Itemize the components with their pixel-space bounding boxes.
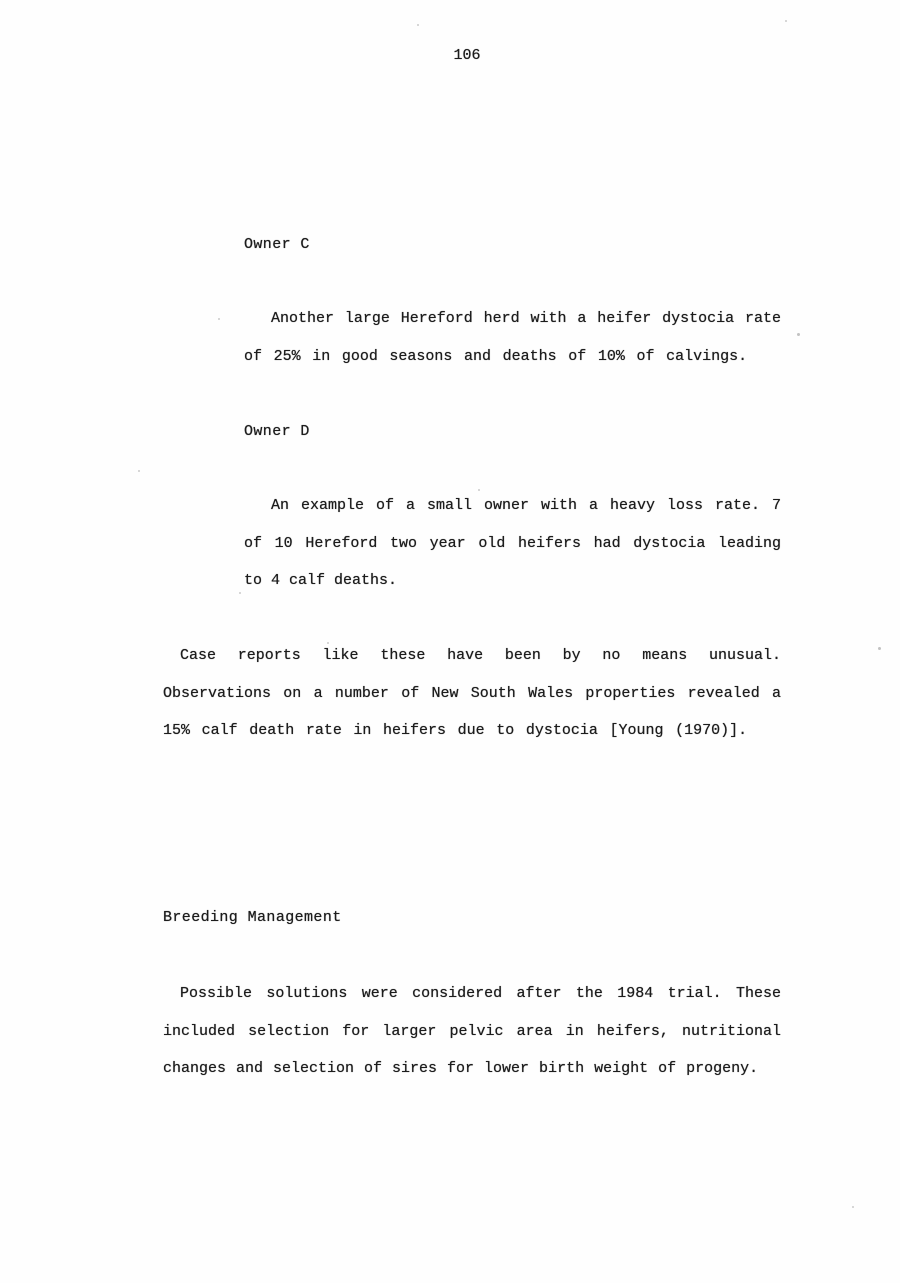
paragraph-line: of 10 Hereford two year old heifers had … <box>244 525 781 563</box>
paragraph-line: Another large Hereford herd with a heife… <box>244 300 781 338</box>
scan-speck <box>785 20 787 22</box>
scan-speck <box>878 647 881 650</box>
paragraph-line: 15% calf death rate in heifers due to dy… <box>163 712 781 750</box>
scanned-document-page: 106 Owner C Another large Hereford herd … <box>0 0 900 1283</box>
paragraph-line: included selection for larger pelvic are… <box>163 1013 781 1051</box>
scan-speck <box>478 489 480 491</box>
paragraph-case-reports: Case reports like these have been by no … <box>163 637 781 750</box>
scan-speck <box>239 592 241 594</box>
heading-owner-d: Owner D <box>244 413 781 451</box>
paragraph-line: of 25% in good seasons and deaths of 10%… <box>244 338 781 376</box>
scan-speck <box>218 318 220 320</box>
paragraph-owner-d: An example of a small owner with a heavy… <box>244 487 781 600</box>
scan-speck <box>417 24 419 26</box>
paragraph-line: to 4 calf deaths. <box>244 562 781 600</box>
heading-breeding-management: Breeding Management <box>163 899 781 937</box>
paragraph-line: Case reports like these have been by no … <box>163 637 781 675</box>
paragraph-line: Possible solutions were considered after… <box>163 975 781 1013</box>
paragraph-line: changes and selection of sires for lower… <box>163 1050 781 1088</box>
scan-speck <box>797 333 800 336</box>
heading-owner-c: Owner C <box>244 226 781 264</box>
paragraph-line: An example of a small owner with a heavy… <box>244 487 781 525</box>
paragraph-owner-c: Another large Hereford herd with a heife… <box>244 300 781 375</box>
paragraph-line: Observations on a number of New South Wa… <box>163 675 781 713</box>
scan-speck <box>852 1206 854 1208</box>
page-number: 106 <box>17 37 900 75</box>
paragraph-breeding-management: Possible solutions were considered after… <box>163 975 781 1088</box>
scan-speck <box>327 642 329 644</box>
scan-speck <box>138 470 140 472</box>
